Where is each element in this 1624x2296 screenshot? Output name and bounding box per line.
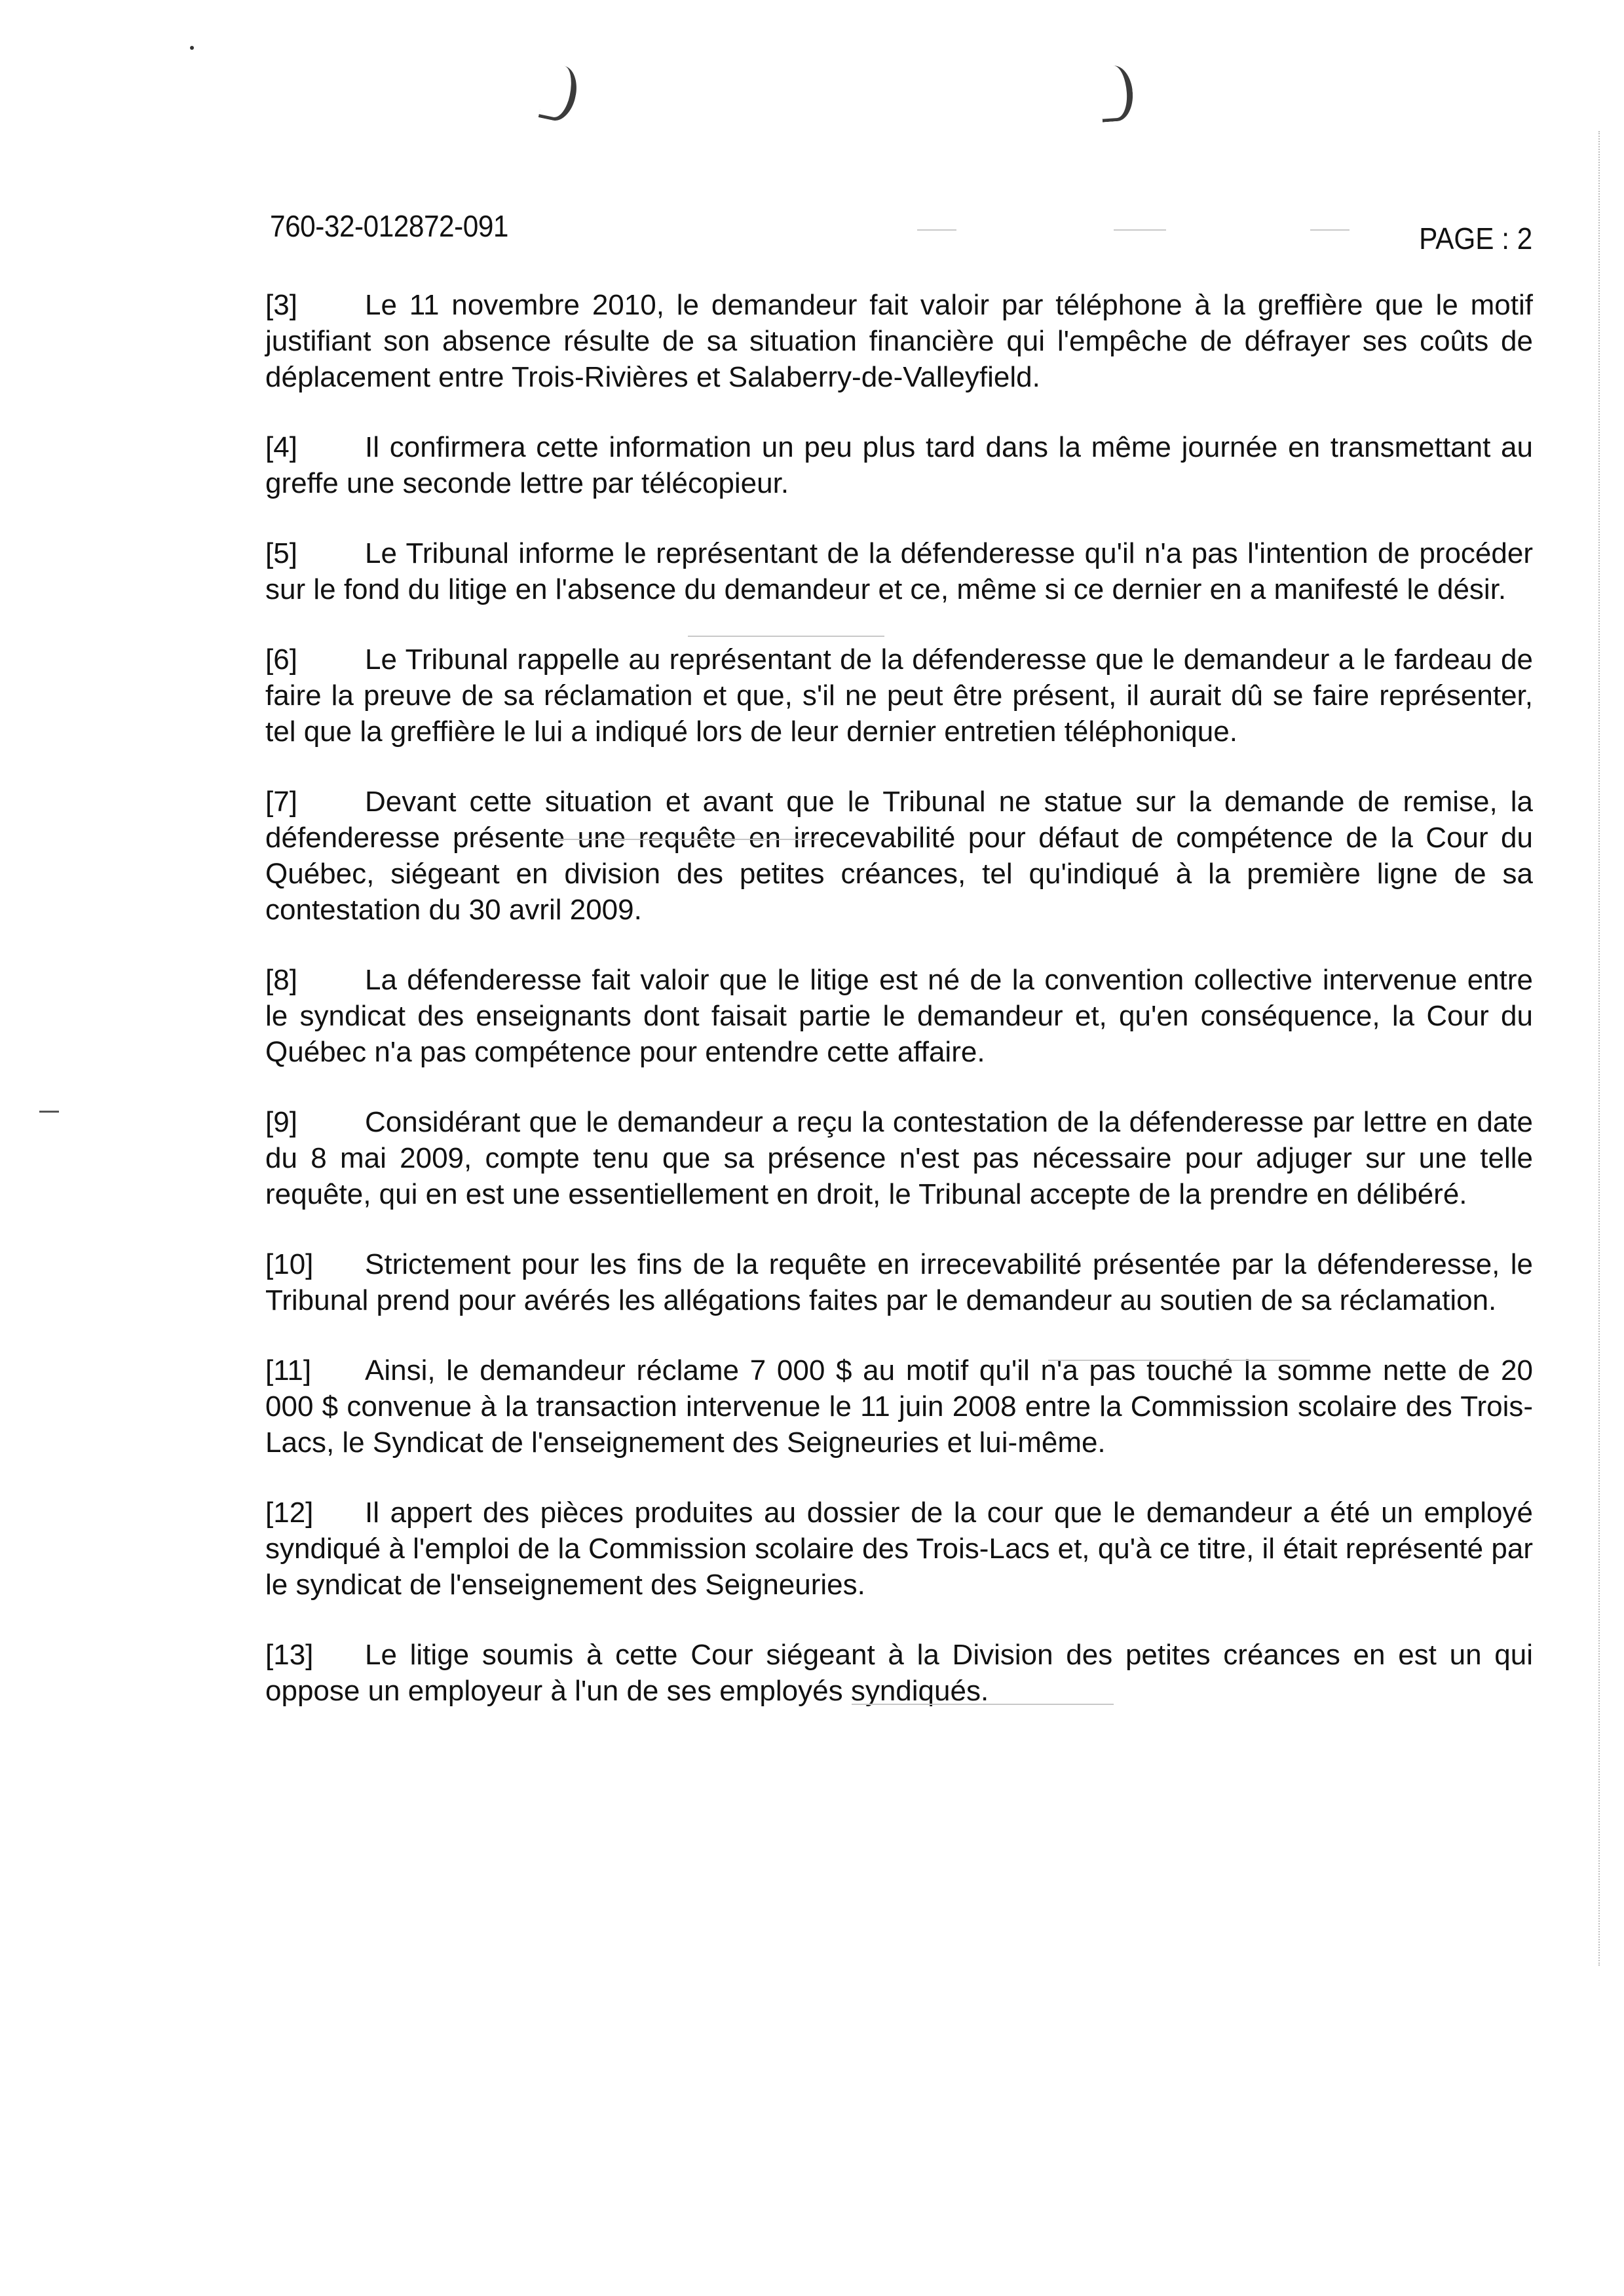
paragraph-10: [10]Strictement pour les fins de la requ… — [265, 1246, 1533, 1318]
scan-margin-mark — [39, 1111, 59, 1113]
paragraph-text: Le Tribunal informe le représentant de l… — [265, 537, 1533, 605]
paragraph-text: Il appert des pièces produites au dossie… — [265, 1497, 1533, 1601]
paragraph-number: [9] — [265, 1104, 365, 1140]
paragraph-number: [10] — [265, 1246, 365, 1282]
scan-speck — [688, 636, 884, 637]
paragraph-text: Le litige soumis à cette Cour siégeant à… — [265, 1639, 1533, 1707]
paragraph-number: [11] — [265, 1352, 365, 1388]
scan-speck — [557, 839, 819, 840]
paragraph-text: Considérant que le demandeur a reçu la c… — [265, 1106, 1533, 1210]
paragraph-4: [4]Il confirmera cette information un pe… — [265, 429, 1533, 501]
scan-speck — [1310, 229, 1350, 231]
paragraph-number: [12] — [265, 1495, 365, 1531]
scan-speck — [190, 46, 194, 50]
paragraph-8: [8]La défenderesse fait valoir que le li… — [265, 962, 1533, 1070]
paragraph-6: [6]Le Tribunal rappelle au représentant … — [265, 641, 1533, 750]
paragraph-text: Devant cette situation et avant que le T… — [265, 786, 1533, 926]
paragraph-text: Ainsi, le demandeur réclame 7 000 $ au m… — [265, 1354, 1533, 1459]
punch-hole-mark-right — [1099, 64, 1135, 122]
scan-speck — [852, 1704, 1114, 1705]
paragraph-number: [5] — [265, 535, 365, 571]
paragraph-number: [6] — [265, 641, 365, 678]
scan-speck — [1114, 229, 1166, 231]
paragraph-3: [3]Le 11 novembre 2010, le demandeur fai… — [265, 287, 1533, 395]
paragraph-7: [7]Devant cette situation et avant que l… — [265, 784, 1533, 928]
paragraph-12: [12]Il appert des pièces produites au do… — [265, 1495, 1533, 1603]
paragraph-number: [4] — [265, 429, 365, 465]
file-number: 760-32-012872-091 — [270, 208, 508, 244]
paragraph-text: Strictement pour les fins de la requête … — [265, 1248, 1533, 1316]
paragraph-text: Il confirmera cette information un peu p… — [265, 431, 1533, 499]
page-number: PAGE : 2 — [1419, 221, 1532, 256]
scan-speck — [917, 229, 956, 231]
paragraph-number: [7] — [265, 784, 365, 820]
paragraph-5: [5]Le Tribunal informe le représentant d… — [265, 535, 1533, 607]
paragraph-text: Le Tribunal rappelle au représentant de … — [265, 643, 1533, 748]
paragraph-11: [11]Ainsi, le demandeur réclame 7 000 $ … — [265, 1352, 1533, 1461]
paragraph-text: Le 11 novembre 2010, le demandeur fait v… — [265, 289, 1533, 393]
scan-speck — [1048, 1360, 1310, 1361]
paragraph-9: [9]Considérant que le demandeur a reçu l… — [265, 1104, 1533, 1212]
scanned-document-page: 760-32-012872-091 PAGE : 2 [3]Le 11 nove… — [0, 0, 1624, 2296]
scan-edge-artifact — [1598, 131, 1600, 1966]
paragraph-13: [13]Le litige soumis à cette Cour siégea… — [265, 1637, 1533, 1709]
judgment-body: [3]Le 11 novembre 2010, le demandeur fai… — [265, 287, 1533, 1743]
punch-hole-mark-left — [538, 63, 582, 124]
paragraph-number: [8] — [265, 962, 365, 998]
paragraph-number: [13] — [265, 1637, 365, 1673]
paragraph-number: [3] — [265, 287, 365, 323]
paragraph-text: La défenderesse fait valoir que le litig… — [265, 964, 1533, 1068]
